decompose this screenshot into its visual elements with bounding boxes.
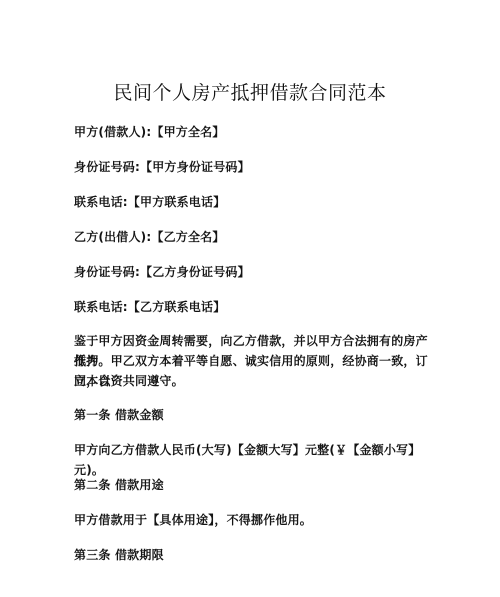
article-1-body: 甲方向乙方借款人民币(大写)【金额大写】元整(￥【金额小写】元)。 xyxy=(74,440,434,480)
article-2-heading: 第二条 借款用途 xyxy=(74,475,434,495)
document-title: 民间个人房产抵押借款合同范本 xyxy=(0,78,500,105)
document-page: 民间个人房产抵押借款合同范本 甲方(借款人):【甲方全名】 身份证号码:【甲方身… xyxy=(0,0,500,597)
article-2-body: 甲方借款用于【具体用途】，不得挪作他用。 xyxy=(74,510,434,530)
party-a-id: 身份证号码:【甲方身份证号码】 xyxy=(74,157,434,177)
party-a-phone: 联系电话:【甲方联系电话】 xyxy=(74,192,434,212)
party-b-name: 乙方(出借人):【乙方全名】 xyxy=(74,227,434,247)
article-3-heading: 第三条 借款期限 xyxy=(74,545,434,565)
article-1-heading: 第一条 借款金额 xyxy=(74,405,434,425)
preamble-line-3: 同，以资共同遵守。 xyxy=(74,371,434,391)
party-b-phone: 联系电话:【乙方联系电话】 xyxy=(74,297,434,317)
party-b-id: 身份证号码:【乙方身份证号码】 xyxy=(74,262,434,282)
party-a-name: 甲方(借款人):【甲方全名】 xyxy=(74,122,434,142)
